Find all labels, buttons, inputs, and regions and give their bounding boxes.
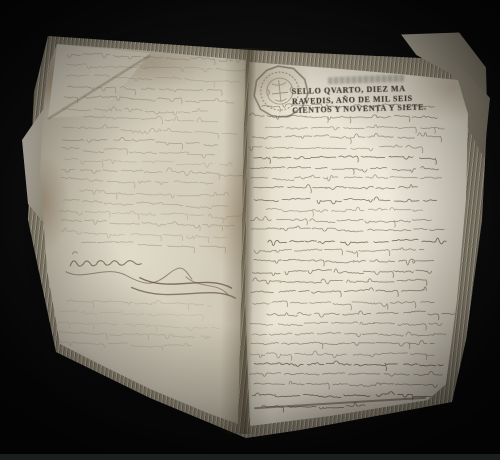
left-page [36, 40, 250, 430]
signature-name-stroke [70, 259, 141, 268]
right-page: SELLO QVARTO, DIEZ MA RAVEDIS, AÑO DE MI… [242, 58, 474, 430]
manuscript-photo: SELLO QVARTO, DIEZ MA RAVEDIS, AÑO DE MI… [0, 0, 500, 460]
handwriting-right-page [246, 100, 470, 420]
signature-accent-stroke [72, 252, 77, 254]
table-edge [0, 454, 500, 460]
signature-paraph [66, 265, 192, 284]
signature-flourish [55, 236, 247, 311]
book-gutter-shadow [219, 48, 274, 435]
flourish-stroke-1 [140, 278, 232, 288]
faded-ink-stamp-mark [328, 75, 404, 85]
